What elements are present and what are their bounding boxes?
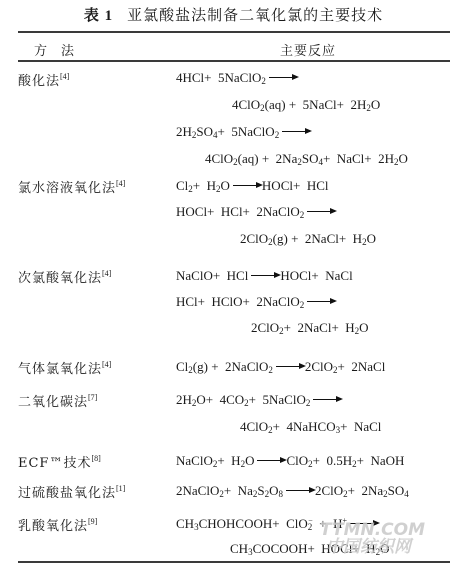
method-hypochlorous-oxidation: 次氯酸氧化法[4] bbox=[18, 267, 111, 286]
equation: 4HCl+ 5NaClO2 bbox=[176, 70, 298, 86]
equation: 2ClO2+ 2NaCl+ H2O bbox=[251, 320, 369, 336]
method-acidification: 酸化法[4] bbox=[18, 70, 69, 89]
watermark: TTMN.COM 中国纺织网 bbox=[320, 522, 425, 556]
equation: Cl2(g) + 2NaClO22ClO2+ 2NaCl bbox=[176, 359, 385, 375]
equation: 2ClO2(g) + 2NaCl+ H2O bbox=[240, 231, 376, 247]
arrow-icon bbox=[251, 275, 279, 276]
equation: 2H2SO4+ 5NaClO2 bbox=[176, 124, 311, 140]
arrow-icon bbox=[282, 131, 310, 132]
arrow-icon bbox=[257, 460, 285, 461]
table-number: 表 1 bbox=[84, 8, 113, 24]
table-caption: 亚氯酸盐法制备二氧化氯的主要技术 bbox=[127, 6, 383, 24]
top-rule bbox=[18, 31, 450, 33]
method-lactic-acid-oxidation: 乳酸氧化法[9] bbox=[18, 515, 97, 534]
method-persulfate-oxidation: 过硫酸盐氧化法[1] bbox=[18, 482, 125, 501]
method-carbon-dioxide: 二氧化碳法[7] bbox=[18, 391, 97, 410]
equation: 4ClO2(aq) + 2Na2SO4+ NaCl+ 2H2O bbox=[205, 151, 408, 167]
equation: Cl2+ H2OHOCl+ HCl bbox=[176, 178, 328, 194]
equation: 2NaClO2+ Na2S2O82ClO2+ 2Na2SO4 bbox=[176, 483, 409, 499]
watermark-chinese: 中国纺织网 bbox=[326, 539, 425, 556]
header-method: 方法 bbox=[34, 40, 88, 59]
method-chlorine-water-oxidation: 氯水溶液氧化法[4] bbox=[18, 177, 125, 196]
header-rule bbox=[18, 60, 450, 62]
arrow-icon bbox=[233, 185, 261, 186]
arrow-icon bbox=[307, 211, 335, 212]
method-ecf-technology: ECF™技术[8] bbox=[18, 452, 101, 471]
equation: HOCl+ HCl+ 2NaClO2 bbox=[176, 204, 336, 220]
table-title: 表 1亚氯酸盐法制备二氧化氯的主要技术 bbox=[0, 4, 467, 25]
header-reaction: 主要反应 bbox=[280, 40, 336, 59]
equation: 4ClO2+ 4NaHCO3+ NaCl bbox=[240, 419, 381, 435]
arrow-icon bbox=[276, 366, 304, 367]
equation: 4ClO2(aq) + 5NaCl+ 2H2O bbox=[232, 97, 380, 113]
bottom-rule bbox=[18, 561, 450, 563]
equation: 2H2O+ 4CO2+ 5NaClO2 bbox=[176, 392, 342, 408]
equation: NaClO+ HClHOCl+ NaCl bbox=[176, 268, 353, 284]
arrow-icon bbox=[286, 490, 314, 491]
method-gaseous-chlorine-oxidation: 气体氯氧化法[4] bbox=[18, 358, 111, 377]
arrow-icon bbox=[307, 301, 335, 302]
arrow-icon bbox=[313, 399, 341, 400]
equation: HCl+ HClO+ 2NaClO2 bbox=[176, 294, 336, 310]
arrow-icon bbox=[269, 77, 297, 78]
equation: NaClO2+ H2OClO2+ 0.5H2+ NaOH bbox=[176, 453, 404, 469]
